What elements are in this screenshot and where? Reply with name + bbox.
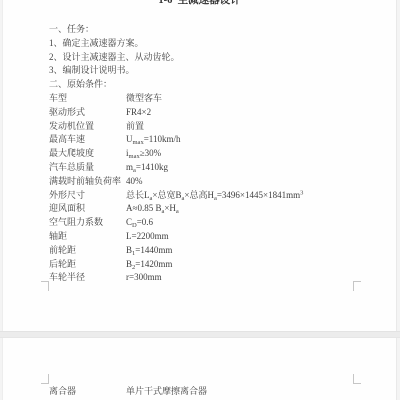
- row-label: 车型: [49, 93, 67, 103]
- row-value: 单片干式摩擦离合器: [126, 385, 207, 399]
- row-value: 总长La×总宽Ba×总高Ha=3496×1445×1841mm3: [126, 189, 303, 203]
- margin-corner-mark: [41, 281, 49, 291]
- row-value: FR4×2: [126, 106, 151, 120]
- table-row: 车轮半径r=300mm: [49, 271, 392, 285]
- row-label: 发动机位置: [49, 121, 94, 131]
- row-label: 最高车速: [49, 134, 85, 144]
- row-label: 前轮距: [49, 245, 76, 255]
- page-gap: [0, 331, 400, 338]
- row-label: 车轮半径: [49, 272, 85, 282]
- table-row: 发动机位置前置: [49, 120, 392, 134]
- row-value: ma=1410kg: [126, 161, 168, 175]
- table-row: 汽车总质量ma=1410kg: [49, 161, 392, 175]
- row-value: B1=1440mm: [126, 244, 172, 258]
- table-row: 空气阻力系数CD=0.6: [49, 216, 392, 230]
- row-value: r=300mm: [126, 271, 162, 285]
- row-label: 离合器: [49, 386, 76, 396]
- row-value: L=2200mm: [126, 230, 169, 244]
- margin-corner-mark: [353, 374, 361, 384]
- row-value: CD=0.6: [126, 216, 153, 230]
- task-list: 1、确定主减速器方案。2、设计主减速器主、从动齿轮。3、编制设计说明书。: [49, 37, 392, 78]
- page1-content: 一、任务： 1、确定主减速器方案。2、设计主减速器主、从动齿轮。3、编制设计说明…: [49, 23, 392, 285]
- task-item: 3、编制设计说明书。: [49, 64, 392, 78]
- section-heading-conditions: 二、原始条件：: [49, 78, 392, 92]
- table-row: 最高车速Umax=110km/h: [49, 133, 392, 147]
- row-label: 外形尺寸: [49, 190, 85, 200]
- table-row: 驱动形式FR4×2: [49, 106, 392, 120]
- row-value: A≈0.85 Ba×Ha: [126, 202, 179, 216]
- conditions-table-page2: 离合器单片干式摩擦离合器: [49, 385, 392, 399]
- row-value: B2=1420mm: [126, 258, 172, 272]
- table-row: 迎风面积A≈0.85 Ba×Ha: [49, 202, 392, 216]
- document-title: 1-6 主减速器设计: [3, 0, 396, 7]
- task-item: 2、设计主减速器主、从动齿轮。: [49, 51, 392, 65]
- row-value: imax≥30%: [126, 147, 161, 161]
- table-row: 外形尺寸总长La×总宽Ba×总高Ha=3496×1445×1841mm3: [49, 189, 392, 203]
- table-row: 车型微型客车: [49, 92, 392, 106]
- row-value: Umax=110km/h: [126, 133, 180, 147]
- row-label: 最大爬坡度: [49, 148, 94, 158]
- table-row: 后轮距B2=1420mm: [49, 258, 392, 272]
- row-value: 前置: [126, 120, 144, 134]
- table-row: 满载时前轴负荷率40%: [49, 175, 392, 189]
- conditions-table: 车型微型客车驱动形式FR4×2发动机位置前置最高车速Umax=110km/h最大…: [49, 92, 392, 285]
- row-label: 迎风面积: [49, 203, 85, 213]
- page2-content: 离合器单片干式摩擦离合器: [49, 385, 392, 399]
- row-label: 满载时前轴负荷率: [49, 176, 121, 186]
- document-page-2: 离合器单片干式摩擦离合器: [2, 338, 397, 400]
- table-row: 前轮距B1=1440mm: [49, 244, 392, 258]
- row-label: 后轮距: [49, 259, 76, 269]
- table-row: 最大爬坡度imax≥30%: [49, 147, 392, 161]
- table-row: 离合器单片干式摩擦离合器: [49, 385, 392, 399]
- margin-corner-mark: [41, 374, 49, 384]
- margin-corner-mark: [353, 281, 361, 291]
- row-value: 微型客车: [126, 92, 162, 106]
- row-label: 汽车总质量: [49, 162, 94, 172]
- section-heading-tasks: 一、任务：: [49, 23, 392, 37]
- row-value: 40%: [126, 175, 143, 189]
- row-label: 驱动形式: [49, 107, 85, 117]
- task-item: 1、确定主减速器方案。: [49, 37, 392, 51]
- table-row: 轴距L=2200mm: [49, 230, 392, 244]
- row-label: 轴距: [49, 231, 67, 241]
- document-page-1: 1-6 主减速器设计 一、任务： 1、确定主减速器方案。2、设计主减速器主、从动…: [2, 0, 397, 331]
- row-label: 空气阻力系数: [49, 217, 103, 227]
